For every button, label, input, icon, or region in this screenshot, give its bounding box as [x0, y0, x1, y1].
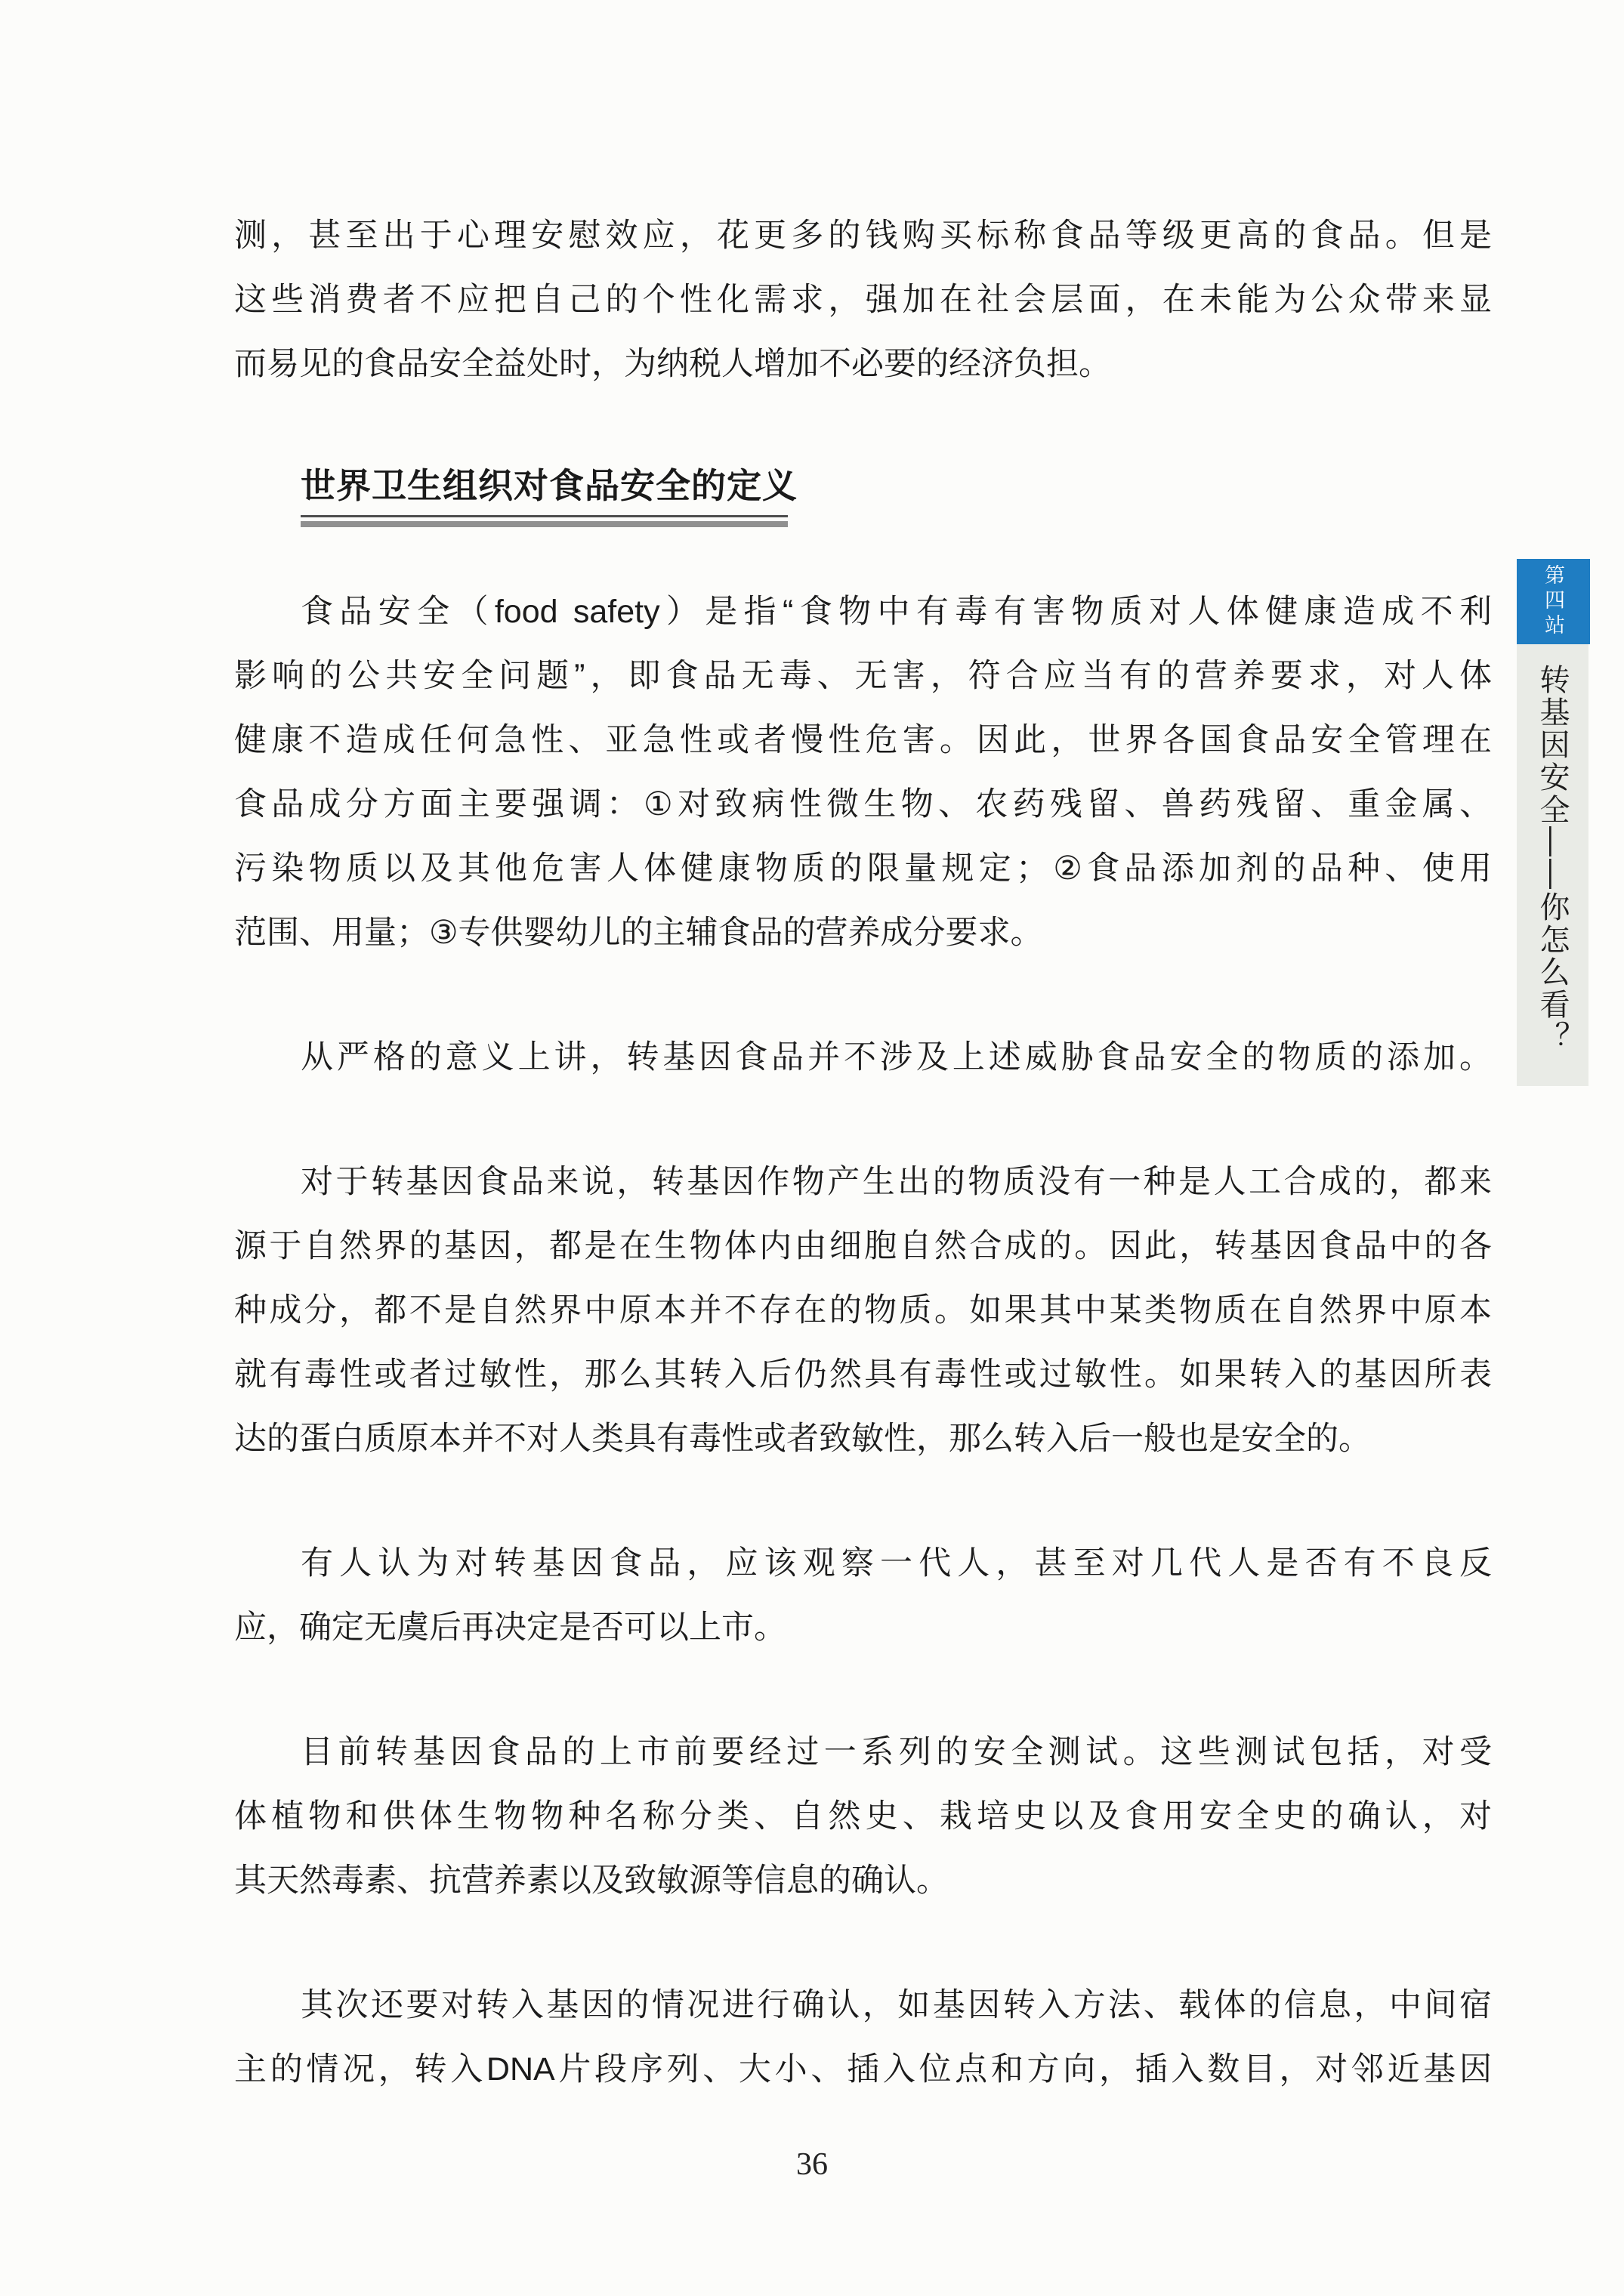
paragraph-line: 食品安全（food safety）是指“食物中有毒有害物质对人体健康造成不利: [234, 580, 1492, 644]
heading-underline: [301, 515, 788, 527]
paragraph: 测，甚至出于心理安慰效应，花更多的钱购买标称食品等级更高的食品。但是这些消费者不…: [234, 204, 1492, 397]
chapter-tab-label: 第四站: [1539, 564, 1568, 639]
paragraph-line: 对于转基因食品来说，转基因作物产生出的物质没有一种是人工合成的，都来: [234, 1150, 1492, 1214]
paragraph-line: 影响的公共安全问题”，即食品无毒、无害，符合应当有的营养要求，对人体: [234, 644, 1492, 708]
paragraph-line: 范围、用量；③专供婴幼儿的主辅食品的营养成分要求。: [234, 901, 1492, 965]
section-heading-block: 世界卫生组织对食品安全的定义: [234, 463, 1492, 527]
section-heading: 世界卫生组织对食品安全的定义: [234, 463, 1492, 508]
main-text-column: 测，甚至出于心理安慰效应，花更多的钱购买标称食品等级更高的食品。但是这些消费者不…: [234, 204, 1492, 2102]
paragraph-line: 污染物质以及其他危害人体健康物质的限量规定；②食品添加剂的品种、使用: [234, 837, 1492, 901]
paragraph-line: 健康不造成任何急性、亚急性或者慢性危害。因此，世界各国食品安全管理在: [234, 708, 1492, 773]
page-number: 36: [0, 2146, 1624, 2183]
paragraph-line: 应，确定无虞后再决定是否可以上市。: [234, 1596, 1492, 1660]
heading-underline-thick: [301, 521, 788, 527]
paragraph: 从严格的意义上讲，转基因食品并不涉及上述威胁食品安全的物质的添加。: [234, 1026, 1492, 1090]
paragraph: 食品安全（food safety）是指“食物中有毒有害物质对人体健康造成不利影响…: [234, 580, 1492, 965]
paragraph-line: 有人认为对转基因食品，应该观察一代人，甚至对几代人是否有不良反: [234, 1532, 1492, 1596]
paragraph-line: 食品成分方面主要强调：①对致病性微生物、农药残留、兽药残留、重金属、: [234, 773, 1492, 837]
paragraph: 其次还要对转入基因的情况进行确认，如基因转入方法、载体的信息，中间宿主的情况，转…: [234, 1974, 1492, 2102]
paragraph-line: 其天然毒素、抗营养素以及致敏源等信息的确认。: [234, 1849, 1492, 1913]
paragraph-line: 而易见的食品安全益处时，为纳税人增加不必要的经济负担。: [234, 332, 1492, 397]
paragraph-line: 体植物和供体生物物种名称分类、自然史、栽培史以及食用安全史的确认，对: [234, 1785, 1492, 1849]
paragraph-line: 达的蛋白质原本并不对人类具有毒性或者致敏性，那么转入后一般也是安全的。: [234, 1407, 1492, 1471]
paragraph-line: 其次还要对转入基因的情况进行确认，如基因转入方法、载体的信息，中间宿: [234, 1974, 1492, 2038]
paragraph-line: 源于自然界的基因，都是在生物体内由细胞自然合成的。因此，转基因食品中的各: [234, 1214, 1492, 1279]
paragraph-line: 主的情况，转入DNA片段序列、大小、插入位点和方向，插入数目，对邻近基因: [234, 2038, 1492, 2102]
chapter-tab: 第四站: [1517, 559, 1590, 644]
paragraph: 有人认为对转基因食品，应该观察一代人，甚至对几代人是否有不良反应，确定无虞后再决…: [234, 1532, 1492, 1660]
paragraph-line: 就有毒性或者过敏性，那么其转入后仍然具有毒性或过敏性。如果转入的基因所表: [234, 1343, 1492, 1407]
paragraph: 对于转基因食品来说，转基因作物产生出的物质没有一种是人工合成的，都来源于自然界的…: [234, 1150, 1492, 1471]
paragraph-line: 这些消费者不应把自己的个性化需求，强加在社会层面，在未能为公众带来显: [234, 268, 1492, 332]
paragraph-line: 种成分，都不是自然界中原本并不存在的物质。如果其中某类物质在自然界中原本: [234, 1279, 1492, 1343]
chapter-title-vertical: 转基因安全——你怎么看？: [1531, 664, 1574, 1086]
paragraph-line: 测，甚至出于心理安慰效应，花更多的钱购买标称食品等级更高的食品。但是: [234, 204, 1492, 268]
book-page: 测，甚至出于心理安慰效应，花更多的钱购买标称食品等级更高的食品。但是这些消费者不…: [0, 0, 1624, 2296]
chapter-sidebar: 转基因安全——你怎么看？: [1517, 644, 1588, 1086]
paragraph-line: 从严格的意义上讲，转基因食品并不涉及上述威胁食品安全的物质的添加。: [234, 1026, 1492, 1090]
paragraph-line: 目前转基因食品的上市前要经过一系列的安全测试。这些测试包括，对受: [234, 1720, 1492, 1785]
paragraph: 目前转基因食品的上市前要经过一系列的安全测试。这些测试包括，对受体植物和供体生物…: [234, 1720, 1492, 1913]
